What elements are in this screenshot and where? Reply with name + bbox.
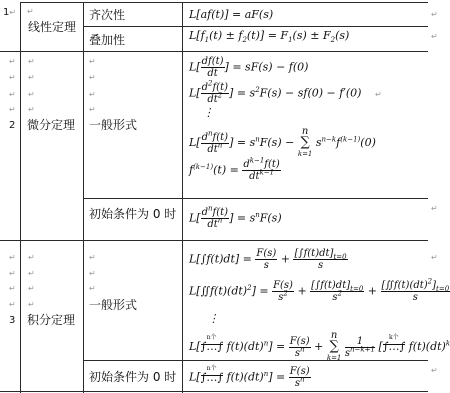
paragraph-mark: ↵ <box>375 90 382 100</box>
theorem-differentiation: 微分定理 <box>27 118 75 132</box>
formula-nth-integral: L[n个∫…∫ f(t)(dt)n] = F(s)sn + n∑k=1 1sn−… <box>189 330 450 364</box>
theorem-linear: 线性定理 <box>28 20 76 34</box>
paragraph-mark: ↵ <box>89 90 96 100</box>
condition-general-form-integ: 一般形式 <box>89 298 137 312</box>
condition-zero-initial-diff: 初始条件为 0 时 <box>89 207 176 221</box>
formula-homogeneity: L[af(t)] = aF(s) <box>189 8 273 21</box>
paragraph-mark: ↵ <box>9 90 16 100</box>
row-index-1: 1↵ <box>3 6 16 20</box>
paragraph-mark: ↵ <box>89 57 96 67</box>
formula-nth-derivative: L[dnf(t)dtn] = snF(s) − n∑k=1 sn−kf(k−1)… <box>189 126 376 160</box>
formula-nth-integral-zero-init: L[n个∫…∫ f(t)(dt)n] = F(s)sn <box>189 366 311 389</box>
paragraph-mark: ↵ <box>9 57 16 67</box>
paragraph-mark: ↵ <box>28 269 35 279</box>
paragraph-mark: ↵ <box>9 253 16 263</box>
paragraph-mark: ↵ <box>431 204 438 214</box>
table-bottom-border <box>0 391 428 392</box>
paragraph-mark: ↵ <box>89 284 96 294</box>
theorem-integration: 积分定理 <box>27 313 75 327</box>
row-index-3: 3 <box>9 314 15 328</box>
paragraph-mark: ↵ <box>431 10 438 20</box>
paragraph-mark: ↵ <box>28 73 35 83</box>
formula-single-integral: L[∫f(t)dt] = F(s)s + [∫f(t)dt]t=0s <box>189 248 348 271</box>
paragraph-mark: ↵ <box>431 366 438 376</box>
paragraph-mark: ↵ <box>89 73 96 83</box>
paragraph-mark: ↵ <box>9 105 16 115</box>
condition-homogeneity: 齐次性 <box>89 8 125 22</box>
paragraph-mark: ↵ <box>9 284 16 294</box>
paragraph-mark: ↵ <box>28 105 35 115</box>
paragraph-mark: ↵ <box>28 284 35 294</box>
paragraph-mark: ↵ <box>431 32 438 42</box>
paragraph-mark: ↵ <box>27 7 34 17</box>
paragraph-mark: ↵ <box>89 105 96 115</box>
col-divider-theorem <box>83 2 84 393</box>
col-divider-condition <box>182 2 183 393</box>
col-divider-index <box>20 2 21 393</box>
paragraph-mark: ↵ <box>89 269 96 279</box>
formula-nth-derivative-zero-init: L[dnf(t)dtn] = snF(s) <box>189 207 282 230</box>
condition-additivity: 叠加性 <box>89 33 125 47</box>
vdots-diff: ⋮ <box>203 106 214 119</box>
row1-split-line <box>83 26 428 27</box>
paragraph-mark: ↵ <box>9 300 16 310</box>
condition-general-form-diff: 一般形式 <box>89 118 137 132</box>
paragraph-mark: ↵ <box>89 253 96 263</box>
paragraph-mark: ↵ <box>28 253 35 263</box>
formula-second-derivative: L[d2f(t)dt2] = s2F(s) − sf(0) − f′(0) <box>189 82 361 105</box>
formula-first-derivative: L[df(t)dt] = sF(s) − f(0) <box>189 56 308 79</box>
vdots-integ: ⋮ <box>208 312 219 325</box>
paragraph-mark: ↵ <box>9 73 16 83</box>
row2-bottom-border <box>0 240 428 241</box>
paragraph-mark: ↵ <box>28 90 35 100</box>
paragraph-mark: ↵ <box>28 57 35 67</box>
table-top-border <box>20 2 428 3</box>
row1-bottom-border <box>0 51 428 52</box>
row-index-2: 2 <box>9 119 15 133</box>
paragraph-mark: ↵ <box>431 253 438 263</box>
paragraph-mark: ↵ <box>28 300 35 310</box>
formula-double-integral: L[∬f(t)(dt)2] = F(s)s2 + [∫f(t)dt]t=0s2 … <box>189 280 450 303</box>
condition-zero-initial-integ: 初始条件为 0 时 <box>89 370 176 384</box>
formula-additivity: L[f1(t) ± f2(t)] = F1(s) ± F2(s) <box>189 29 349 42</box>
formula-derivative-definition: f(k−1)(t) = dk−1f(t)dtk−1 <box>189 159 281 182</box>
row2-split-line <box>83 198 428 199</box>
paragraph-mark: ↵ <box>9 269 16 279</box>
